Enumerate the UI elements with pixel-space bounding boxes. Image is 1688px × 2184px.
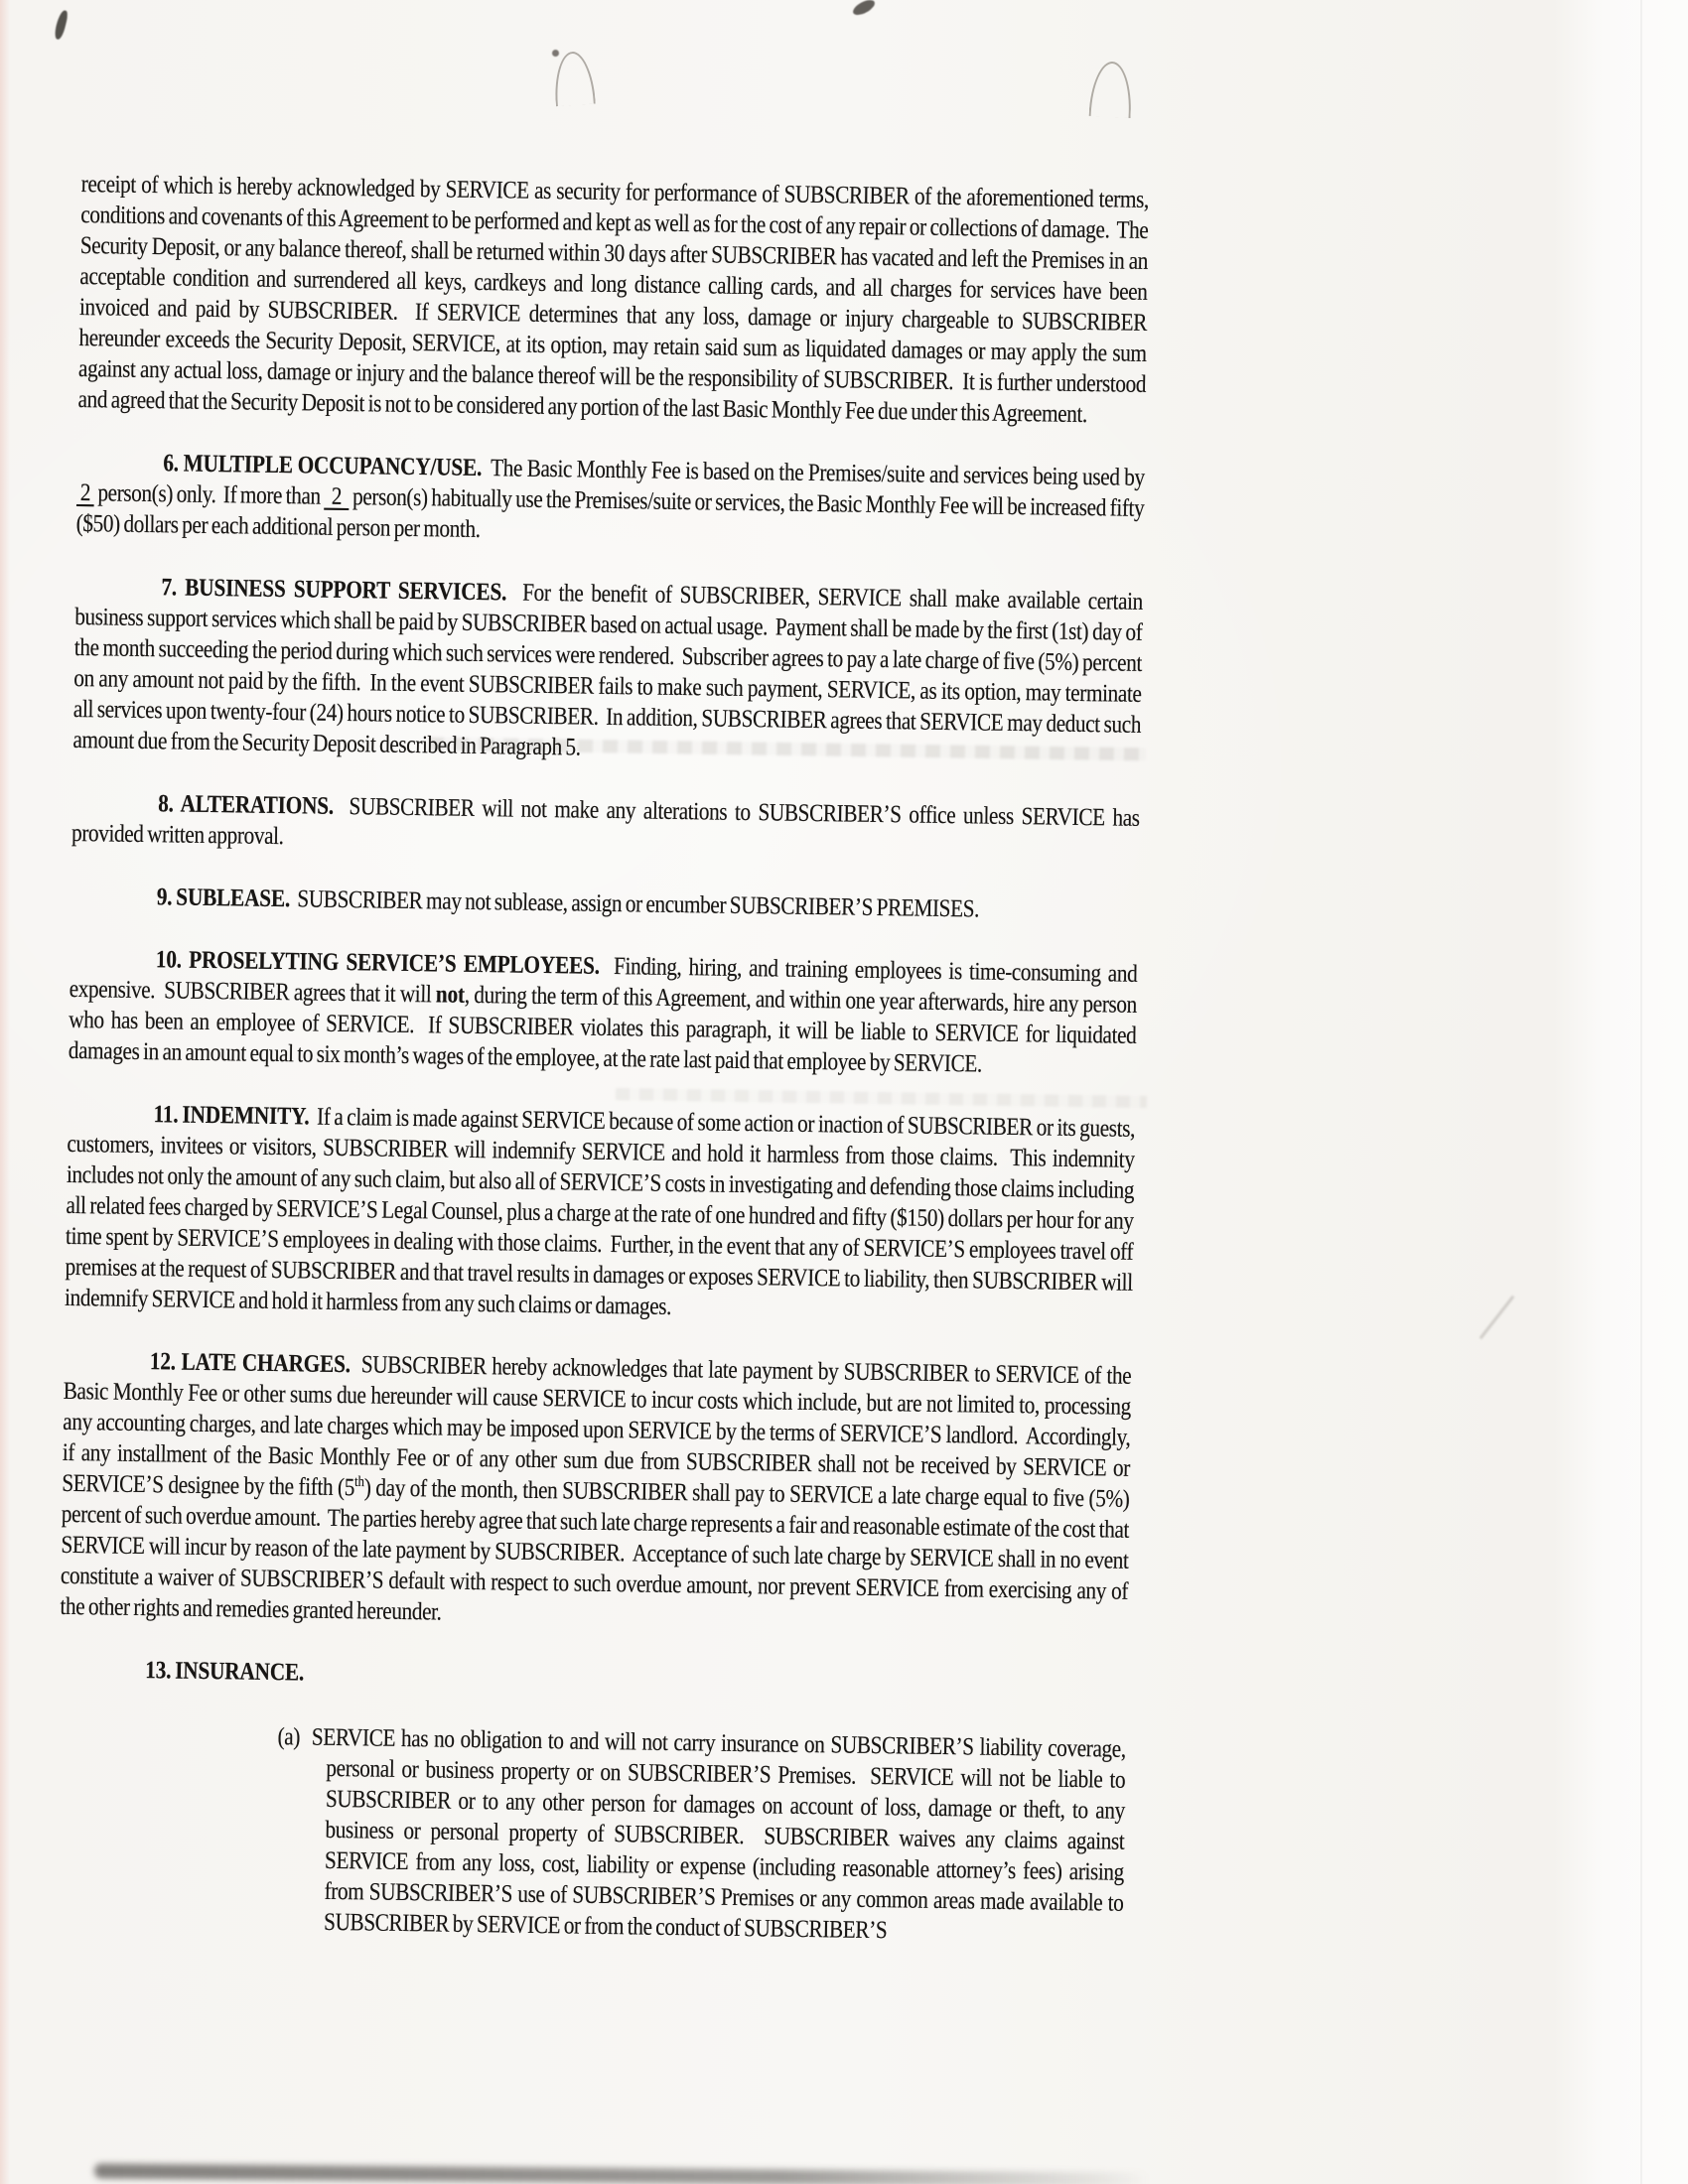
bold-run: 6. MULTIPLE OCCUPANCY/USE.: [163, 450, 482, 481]
scan-curl-arc-artifact: [1089, 61, 1134, 118]
paragraph-security-deposit-continuation: receipt of which is hereby acknowledged …: [77, 169, 1149, 431]
text-run: For the benefit of SUBSCRIBER, SERVICE s…: [72, 579, 1143, 760]
paragraph-10-proselyting-services-employees: 10. PROSELYTING SERVICE’S EMPLOYEES. Fin…: [69, 943, 1138, 1082]
paragraph-7-business-support-services: 7. BUSINESS SUPPORT SERVICES. For the be…: [72, 571, 1143, 771]
scan-curl-arc-artifact: [552, 51, 596, 107]
bold-run: 9. SUBLEASE.: [157, 884, 291, 912]
paragraph-9-sublease: 9. SUBLEASE. SUBSCRIBER may not sublease…: [70, 881, 1139, 927]
document-text-block: receipt of which is hereby acknowledged …: [56, 169, 1150, 1950]
scan-right-edge-line: [1640, 0, 1642, 2184]
bleed-through-bottom-bar: [94, 2163, 1149, 2184]
paragraph-6-multiple-occupancy-use: 6. MULTIPLE OCCUPANCY/USE. The Basic Mon…: [75, 447, 1145, 555]
superscript-run: th: [354, 1474, 364, 1490]
underlined-fill-in-value: 2: [324, 483, 349, 510]
scan-left-edge-tint: [0, 0, 10, 2184]
paragraph-13-insurance: 13. INSURANCE.: [59, 1654, 1127, 1701]
bold-run: 8. ALTERATIONS.: [158, 790, 334, 820]
text-run: receipt of which is hereby acknowledged …: [77, 171, 1149, 428]
paragraph-13a-insurance-sub: (a) SERVICE has no obligation to and wil…: [56, 1718, 1126, 1950]
bold-run: 12. LATE CHARGES.: [150, 1348, 351, 1378]
bold-run: 13. INSURANCE.: [145, 1657, 304, 1686]
scan-speck-artifact: [851, 0, 877, 18]
scan-streak-artifact: [1479, 1296, 1515, 1339]
scanned-page: receipt of which is hereby acknowledged …: [0, 0, 1688, 2184]
bold-run: 7. BUSINESS SUPPORT SERVICES.: [161, 574, 506, 606]
text-run: The Basic Monthly Fee is based on the Pr…: [482, 455, 1145, 491]
paragraph-12-late-charges: 12. LATE CHARGES. SUBSCRIBER hereby ackn…: [60, 1345, 1131, 1638]
text-run: SUBSCRIBER may not sublease, assign or e…: [290, 886, 979, 922]
text-run: If a claim is made against SERVICE becau…: [65, 1104, 1135, 1320]
scan-speck-artifact: [552, 50, 559, 57]
text-run: person(s) only. If more than: [94, 479, 325, 509]
bold-run: not: [436, 981, 465, 1008]
paragraph-8-alterations: 8. ALTERATIONS. SUBSCRIBER will not make…: [71, 787, 1140, 865]
list-item-label: (a): [277, 1723, 300, 1750]
text-run: SERVICE has no obligation to and will no…: [300, 1723, 1126, 1944]
paragraph-11-indemnity: 11. INDEMNITY. If a claim is made agains…: [65, 1098, 1135, 1329]
bold-run: 10. PROSELYTING SERVICE’S EMPLOYEES.: [156, 946, 600, 980]
scan-speck-artifact: [54, 9, 70, 40]
bold-run: 11. INDEMNITY.: [153, 1101, 309, 1130]
underlined-fill-in-value: 2: [76, 479, 94, 506]
